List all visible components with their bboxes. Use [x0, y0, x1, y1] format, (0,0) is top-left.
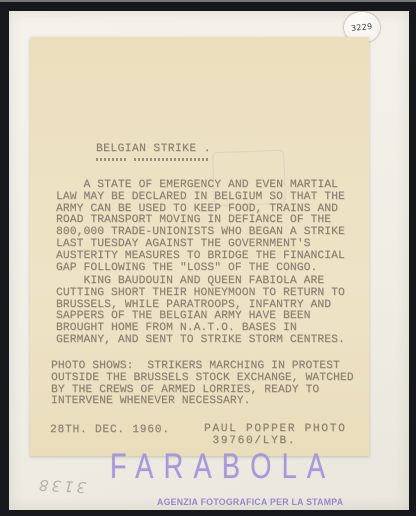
- caption-title: BELGIAN STRIKE .: [96, 144, 211, 156]
- underline-segment: [134, 158, 208, 161]
- pencil-catalog-number: 3138: [36, 476, 87, 497]
- caption-paragraph-2: KING BAUDOUIN AND QUEEN FABIOLA ARE CUTT…: [56, 276, 345, 347]
- caption-date: 28TH. DEC. 1960.: [50, 425, 170, 437]
- farabola-agency-stamp: FARABOLA: [110, 447, 335, 487]
- scan-edge-highlight: [0, 0, 416, 2]
- scanned-photo-back: 3229 BELGIAN STRIKE . A STATE OF EMERGEN…: [0, 0, 416, 516]
- agency-subtitle-stamp: AGENZIA FOTOGRAFICA PER LA STAMPA: [157, 497, 343, 508]
- underline-segment: [96, 158, 126, 161]
- caption-title-underline: [96, 158, 208, 161]
- photo-credit: PAUL POPPER PHOTO 39760/LYB.: [204, 423, 346, 447]
- caption-photo-shows: PHOTO SHOWS: STRIKERS MARCHING IN PROTES…: [51, 361, 354, 408]
- photo-paper: 3229 BELGIAN STRIKE . A STATE OF EMERGEN…: [9, 11, 409, 510]
- archive-number-label: 3229: [351, 22, 373, 33]
- caption-paragraph-1: A STATE OF EMERGENCY AND EVEN MARTIAL LA…: [56, 180, 345, 274]
